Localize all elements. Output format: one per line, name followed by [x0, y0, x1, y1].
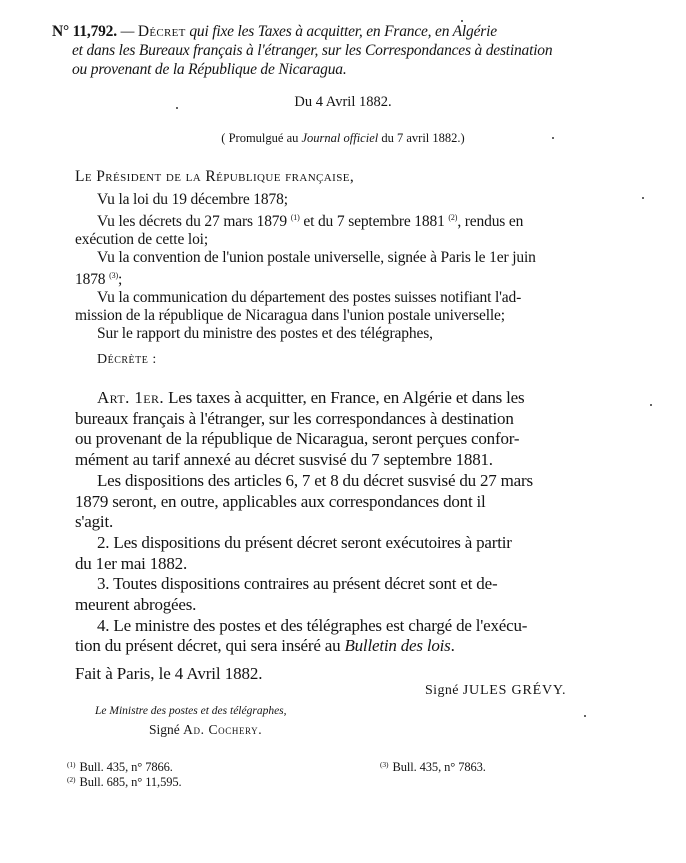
article-text: . — [451, 636, 455, 655]
decree-number: N° 11,792. — [52, 23, 117, 40]
president-signature: Signé JULES GRÉVY. — [425, 683, 566, 699]
scan-speck — [642, 197, 644, 199]
preamble-text: Vu les décrets du 27 mars 1879 — [97, 213, 291, 230]
preamble-line: Vu la loi du 19 décembre 1878; — [75, 191, 643, 209]
preamble: Vu la loi du 19 décembre 1878; Vu les dé… — [75, 191, 643, 343]
article-4-line: tion du présent décret, qui sera inséré … — [75, 636, 650, 657]
signatory-name: JULES GRÉVY. — [463, 683, 566, 698]
footnote-ref: (3) — [109, 271, 118, 280]
footnote-1: (1)Bull. 435, n° 7866. — [67, 760, 173, 775]
article-2-line: 2. Les dispositions du présent décret se… — [75, 533, 650, 554]
decree-title-line-1: N° 11,792. — Décret qui fixe les Taxes à… — [52, 22, 652, 41]
decree-word: Décret — [138, 23, 186, 40]
preamble-text: , rendus en — [457, 213, 523, 230]
bulletin-des-lois: Bulletin des lois — [344, 636, 450, 655]
footnote-text: Bull. 435, n° 7866. — [79, 760, 172, 774]
articles: Art. 1er. Les taxes à acquitter, en Fran… — [75, 388, 650, 657]
decree-date: Du 4 Avril 1882. — [0, 94, 686, 111]
preamble-line: Vu les décrets du 27 mars 1879 (1) et du… — [75, 209, 643, 231]
promulgation-close: du 7 avril 1882.) — [378, 131, 464, 145]
signature-prefix: Signé — [149, 722, 183, 737]
article-text: tion du présent décret, qui sera inséré … — [75, 636, 344, 655]
footnote-ref: (2) — [448, 213, 457, 222]
journal-officiel: Journal officiel — [302, 131, 379, 145]
footnote-text: Bull. 435, n° 7863. — [392, 760, 485, 774]
article-4-line: 4. Le ministre des postes et des télégra… — [75, 616, 650, 637]
preamble-text: ; — [118, 271, 122, 288]
scan-speck — [584, 715, 586, 717]
article-1-line: mément au tarif annexé au décret susvisé… — [75, 450, 650, 471]
article-1-para2-line: Les dispositions des articles 6, 7 et 8 … — [75, 471, 650, 492]
article-1-para2-line: s'agit. — [75, 512, 650, 533]
footnote-ref: (1) — [291, 213, 300, 222]
preamble-line: 1878 (3); — [75, 267, 643, 289]
decree-title-line-2: et dans les Bureaux français à l'étrange… — [52, 41, 652, 60]
signature-prefix: Signé — [425, 683, 463, 698]
preamble-line: exécution de cette loi; — [75, 231, 643, 249]
article-1-line: bureaux français à l'étranger, sur les c… — [75, 409, 650, 430]
promulgation-note: ( Promulgué au Journal officiel du 7 avr… — [0, 131, 686, 146]
decree-title-line-3: ou provenant de la République de Nicarag… — [52, 60, 652, 79]
footnote-text: Bull. 685, n° 11,595. — [79, 775, 181, 789]
scan-speck — [650, 404, 652, 406]
article-1-para2-line: 1879 seront, en outre, applicables aux c… — [75, 492, 650, 513]
article-1-label: Art. 1er. — [97, 388, 164, 407]
article-3-line: meurent abrogées. — [75, 595, 650, 616]
article-1-line: Art. 1er. Les taxes à acquitter, en Fran… — [75, 388, 650, 409]
fait-a-paris: Fait à Paris, le 4 Avril 1882. — [75, 664, 262, 684]
scan-speck — [552, 137, 554, 139]
minister-title: Le Ministre des postes et des télégraphe… — [95, 705, 287, 717]
footnote-3: (3)Bull. 435, n° 7863. — [380, 760, 486, 775]
footnote-mark: (1) — [67, 760, 75, 769]
decree-title-block: N° 11,792. — Décret qui fixe les Taxes à… — [52, 22, 652, 79]
title-line-1-rest: qui fixe les Taxes à acquitter, en Franc… — [186, 23, 497, 40]
title-dash: — — [117, 23, 138, 40]
minister-signature: Signé Ad. Cochery. — [149, 722, 262, 738]
footnote-mark: (2) — [67, 775, 75, 784]
preamble-line: Vu la convention de l'union postale univ… — [75, 249, 643, 267]
article-3-line: 3. Toutes dispositions contraires au pré… — [75, 574, 650, 595]
president-heading: Le Président de la République française, — [75, 168, 354, 186]
signatory-name: Ad. Cochery. — [183, 722, 262, 737]
preamble-text: 1878 — [75, 271, 109, 288]
preamble-line: Sur le rapport du ministre des postes et… — [75, 325, 643, 343]
article-2-line: du 1er mai 1882. — [75, 554, 650, 575]
promulgation-open: ( Promulgué au — [221, 131, 301, 145]
decrete-heading: Décrète : — [97, 352, 157, 368]
footnote-2: (2)Bull. 685, n° 11,595. — [67, 775, 182, 790]
preamble-line: Vu la communication du département des p… — [75, 289, 643, 307]
preamble-line: mission de la république de Nicaragua da… — [75, 307, 643, 325]
scan-speck — [461, 20, 463, 22]
article-text: Les taxes à acquitter, en France, en Alg… — [164, 388, 524, 407]
preamble-text: et du 7 septembre 1881 — [300, 213, 449, 230]
document-page: N° 11,792. — Décret qui fixe les Taxes à… — [0, 0, 686, 863]
footnote-mark: (3) — [380, 760, 388, 769]
article-1-line: ou provenant de la république de Nicarag… — [75, 429, 650, 450]
scan-speck — [176, 107, 178, 109]
